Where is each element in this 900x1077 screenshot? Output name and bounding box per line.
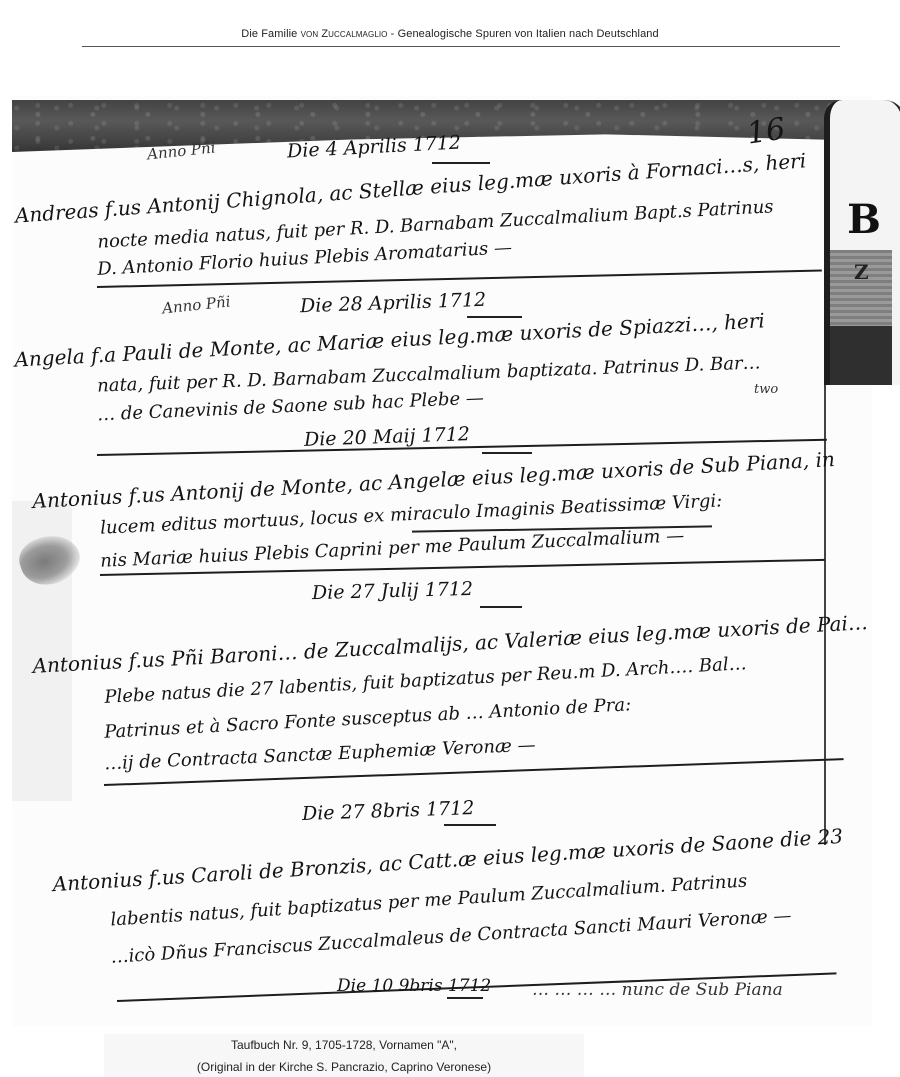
running-header-family-name: von Zuccalmaglio: [301, 28, 388, 40]
caption-line-2: (Original in der Kirche S. Pancrazio, Ca…: [104, 1056, 584, 1077]
index-tab: B Z: [824, 100, 900, 385]
register-scan: B Z 16 Anno Pñi Die 4 Aprilis 1712 Andre…: [12, 96, 900, 1026]
date-underline: [482, 452, 532, 454]
header-rule: [82, 46, 840, 47]
index-tab-letter: B: [842, 196, 886, 243]
running-header-prefix: Die Familie: [241, 28, 300, 40]
running-header-suffix: - Genealogische Spuren von Italien nach …: [388, 28, 659, 40]
date-underline: [432, 162, 490, 164]
date-underline: [447, 997, 483, 999]
marginal-note: two: [754, 382, 778, 397]
index-tab-mark: Z: [854, 260, 869, 284]
page-number: 16: [745, 112, 788, 152]
date-underline: [444, 824, 496, 826]
date-underline: [480, 606, 522, 608]
caption-line-1: Taufbuch Nr. 9, 1705-1728, Vornamen "A",: [104, 1034, 584, 1056]
entry-date: Die 10 9bris 1712: [337, 976, 491, 996]
figure-caption: Taufbuch Nr. 9, 1705-1728, Vornamen "A",…: [104, 1034, 584, 1077]
running-header: Die Familie von Zuccalmaglio - Genealogi…: [0, 28, 900, 40]
date-underline: [467, 316, 522, 318]
index-tab-dark-block: [830, 326, 892, 385]
entry-line: … … … … nunc de Sub Piana: [532, 980, 783, 1000]
entry-date: Die 27 Julij 1712: [312, 578, 474, 604]
